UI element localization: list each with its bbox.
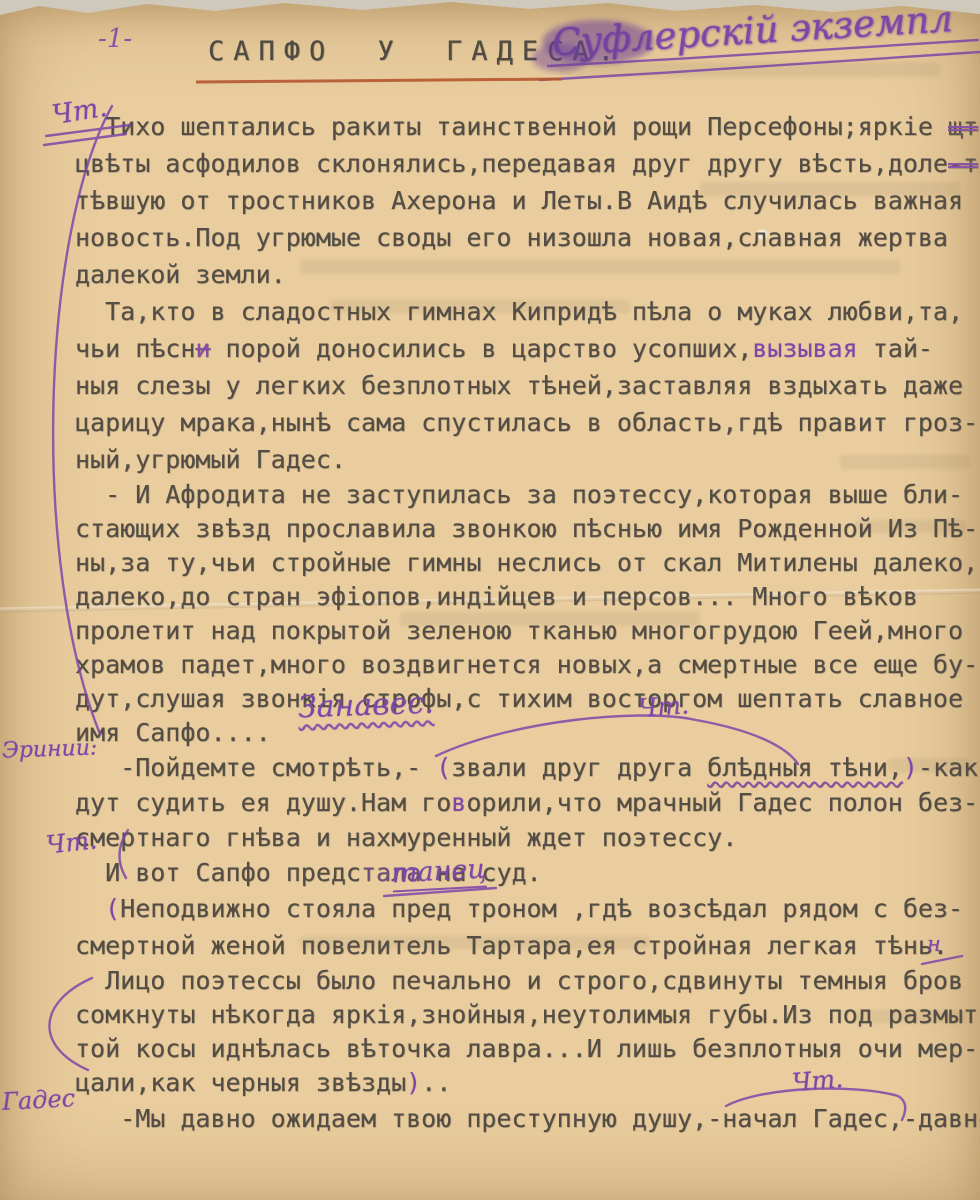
typed-text: ны,за ту,чьи стройные гимны неслись от с… bbox=[75, 548, 978, 577]
ink-corrected-text: ) bbox=[406, 1068, 421, 1097]
typed-text: Тихо шептались ракиты таинственной рощи … bbox=[75, 112, 948, 141]
typed-text: новость.Под угрюмые своды его низошла но… bbox=[75, 223, 948, 252]
ink-corrected-text: ) bbox=[903, 753, 918, 782]
typed-text: тай- bbox=[858, 334, 933, 363]
paragraph: (Неподвижно стояла пред троном ,гдѣ возс… bbox=[75, 890, 980, 964]
typed-text: Та,кто в сладостных гимнах Кипридѣ пѣла … bbox=[75, 297, 963, 326]
typed-line: (Неподвижно стояла пред троном ,гдѣ возс… bbox=[75, 890, 980, 927]
typed-text: дут судить ея душу.Нам го bbox=[75, 788, 451, 817]
typed-text: далекой земли. bbox=[75, 260, 286, 289]
typed-text: Лицо поэтессы было печально и строго,сдв… bbox=[75, 966, 963, 995]
document-page: -1- САПФО У ГАДЕСА. Суфлерскій экземпл Т… bbox=[0, 0, 980, 1200]
typed-line: храмов падет,много воздвигнется новых,а … bbox=[75, 648, 980, 682]
ink-corrected-text: щт bbox=[948, 112, 978, 141]
typed-text: -как бу- bbox=[918, 753, 980, 782]
paragraph: Лицо поэтессы было печально и строго,сдв… bbox=[75, 964, 980, 1100]
typed-line: пролетит над покрытой зеленою тканью мно… bbox=[75, 614, 980, 648]
paragraph: Та,кто в сладостных гимнах Кипридѣ пѣла … bbox=[75, 293, 980, 478]
typed-line: сомкнуты нѣкогда яркія,знойныя,неутолимы… bbox=[75, 998, 980, 1032]
typed-text: - И Афродита не заступилась за поэтессу,… bbox=[75, 480, 963, 509]
typed-text: звали друг друга bbox=[451, 753, 707, 782]
typed-text: цали,как черныя звѣзды bbox=[75, 1068, 406, 1097]
typed-line: той косы иднѣлась вѣточка лавра...И лишь… bbox=[75, 1032, 980, 1066]
paragraph: Тихо шептались ракиты таинственной рощи … bbox=[75, 108, 980, 293]
paragraph: -Пойдемте смотрѣть,- (звали друг друга б… bbox=[75, 750, 980, 855]
paragraph: -Мы давно ожидаем твою преступную душу,-… bbox=[75, 1100, 980, 1137]
typed-text: смертной женой повелитель Тартара,ея стр… bbox=[75, 931, 948, 960]
typed-line: стающих звѣзд прославила звонкою пѣснью … bbox=[75, 512, 980, 546]
typed-text: имя Сапфо.... bbox=[75, 718, 271, 747]
typed-text: ный,угрюмый Гадес. bbox=[75, 445, 346, 474]
typed-text: -Мы давно ожидаем твою преступную душу,- bbox=[75, 1104, 722, 1133]
typed-line: ныя слезы у легких безплотных тѣней,заст… bbox=[75, 367, 980, 404]
typed-text: ныя слезы у легких безплотных тѣней,заст… bbox=[75, 371, 963, 400]
typed-line: Та,кто в сладостных гимнах Кипридѣ пѣла … bbox=[75, 293, 980, 330]
inline-note-reader: Чт. bbox=[637, 690, 690, 722]
typed-text: далеко,до стран эфіопов,индійцев и персо… bbox=[75, 582, 918, 611]
typed-text bbox=[75, 894, 105, 923]
typed-line: тѣвшую от тростников Ахерона и Леты.В Аи… bbox=[75, 182, 980, 219]
typed-text: порой доносились в царство усопших, bbox=[210, 334, 752, 363]
ink-corrected-text: ( bbox=[105, 894, 120, 923]
typed-line: ный,угрюмый Гадес. bbox=[75, 441, 980, 478]
inline-note-dance: танец bbox=[391, 854, 487, 893]
typed-line: смертнаго гнѣва и нахмуренный ждет поэте… bbox=[75, 820, 980, 855]
typed-line: -Пойдемте смотрѣть,- (звали друг друга б… bbox=[75, 750, 980, 785]
typed-text: .. bbox=[421, 1068, 451, 1097]
margin-insert-letter: н bbox=[927, 932, 941, 956]
typed-line: Тихо шептались ракиты таинственной рощи … bbox=[75, 108, 980, 145]
typed-text: начал Гадес, bbox=[722, 1104, 903, 1133]
typed-line: Лицо поэтессы было печально и строго,сдв… bbox=[75, 964, 980, 998]
typed-line: далекой земли. bbox=[75, 256, 980, 293]
typed-text: стающих звѣзд прославила звонкою пѣснью … bbox=[75, 514, 978, 543]
typed-text: той косы иднѣлась вѣточка лавра...И лишь… bbox=[75, 1034, 978, 1063]
typed-line: дут,слушая звонкія строфы,с тихим востор… bbox=[75, 682, 980, 716]
ink-corrected-text: и bbox=[195, 334, 210, 363]
ink-corrected-text: в bbox=[451, 788, 466, 817]
inline-note-reader: Чт. bbox=[791, 1064, 844, 1097]
typed-line: цвѣты асфодилов склонялись,передавая дру… bbox=[75, 145, 980, 182]
margin-note-reader: Чт. bbox=[45, 825, 99, 859]
typed-line: дут судить ея душу.Нам говорили,что мрач… bbox=[75, 785, 980, 820]
typed-text: -давно bbox=[903, 1104, 980, 1133]
typed-text: пролетит над покрытой зеленою тканью мно… bbox=[75, 616, 963, 645]
paragraph: И вот Сапфо предстала на суд. bbox=[75, 855, 980, 890]
typed-line: имя Сапфо.... bbox=[75, 716, 980, 750]
margin-note-hades: Гадес bbox=[1, 1084, 75, 1116]
typed-text: чьи пѣсн bbox=[75, 334, 195, 363]
typed-line: чьи пѣсни порой доносились в царство усо… bbox=[75, 330, 980, 367]
ink-corrected-text: -т bbox=[948, 149, 978, 178]
typed-text: орили,что мрачный Гадес полон без- bbox=[466, 788, 978, 817]
ink-corrected-text: вызывая bbox=[752, 334, 857, 363]
typed-text: храмов падет,много воздвигнется новых,а … bbox=[75, 650, 978, 679]
typed-line: смертной женой повелитель Тартара,ея стр… bbox=[75, 927, 980, 964]
typed-line: -Мы давно ожидаем твою преступную душу,-… bbox=[75, 1100, 980, 1137]
typed-text: цвѣты асфодилов склонялись,передавая дру… bbox=[75, 149, 948, 178]
typed-text: И вот Сапфо предс bbox=[75, 858, 361, 887]
typed-text: царицу мрака,нынѣ сама спустилась в обла… bbox=[75, 408, 978, 437]
typed-line: ны,за ту,чьи стройные гимны неслись от с… bbox=[75, 546, 980, 580]
typed-line: царицу мрака,нынѣ сама спустилась в обла… bbox=[75, 404, 980, 441]
typed-line: И вот Сапфо предстала на суд. bbox=[75, 855, 980, 890]
paragraph: - И Афродита не заступилась за поэтессу,… bbox=[75, 478, 980, 750]
page-number: -1- bbox=[98, 24, 132, 54]
typed-line: далеко,до стран эфіопов,индійцев и персо… bbox=[75, 580, 980, 614]
ink-corrected-text: блѣдныя тѣни, bbox=[707, 753, 903, 782]
ink-corrected-text: ( bbox=[436, 753, 451, 782]
typed-line: новость.Под угрюмые своды его низошла но… bbox=[75, 219, 980, 256]
margin-note-erinyes: Эринии: bbox=[2, 735, 98, 763]
typed-line: цали,как черныя звѣзды).. bbox=[75, 1066, 980, 1100]
typed-text: -Пойдемте смотрѣть,- bbox=[75, 753, 436, 782]
typed-body: Тихо шептались ракиты таинственной рощи … bbox=[75, 108, 980, 1137]
typed-text: тѣвшую от тростников Ахерона и Леты.В Аи… bbox=[75, 186, 963, 215]
typed-line: - И Афродита не заступилась за поэтессу,… bbox=[75, 478, 980, 512]
typed-text: сомкнуты нѣкогда яркія,знойныя,неутолимы… bbox=[75, 1000, 978, 1029]
typed-text: дут,слушая звонкія строфы,с тихим востор… bbox=[75, 684, 963, 713]
typed-text: смертнаго гнѣва и нахмуренный ждет поэте… bbox=[75, 823, 737, 852]
typed-text: Неподвижно стояла пред троном ,гдѣ возсѣ… bbox=[120, 894, 963, 923]
inline-note-curtain: Занавес. bbox=[297, 686, 434, 726]
